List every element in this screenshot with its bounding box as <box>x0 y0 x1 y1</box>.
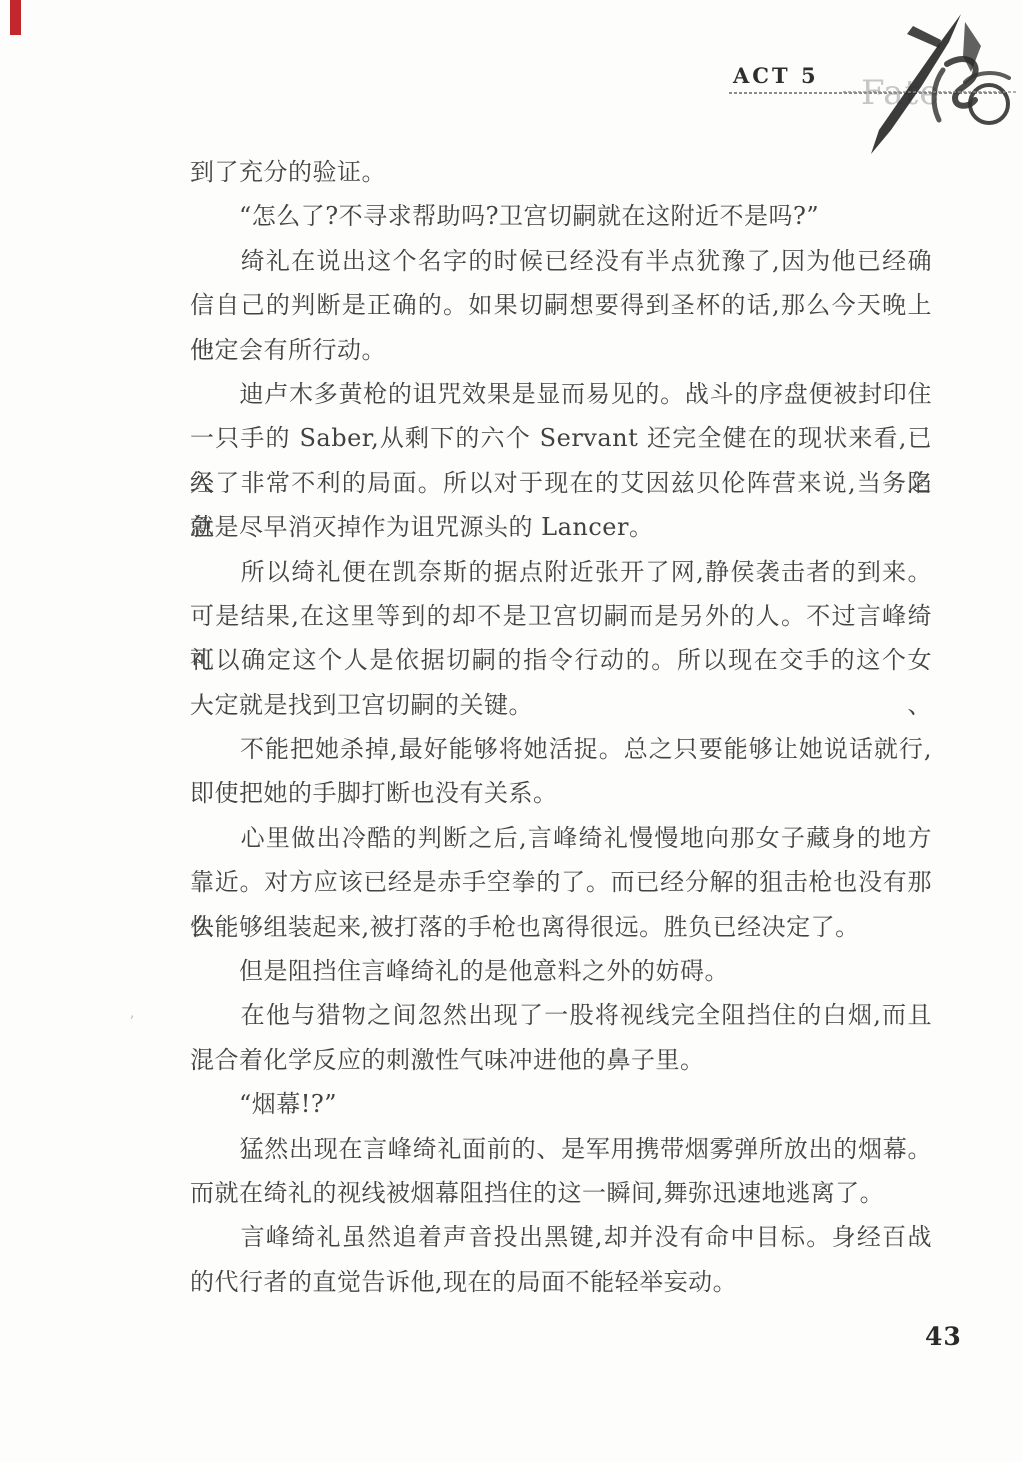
text-line: 迪卢木多黄枪的诅咒效果是显而易见的。战斗的序盘便被封印住 <box>190 372 932 416</box>
scanned-page: ACT 5 Fate 到了充分的验证。 “怎么了?不寻求帮助吗?卫宫切嗣就在这附… <box>0 0 1022 1462</box>
text-line: 绮礼在说出这个名字的时候已经没有半点犹豫了,因为他已经确 <box>190 239 932 283</box>
text-line: 一只手的 Saber,从剩下的六个 Servant 还完全健在的现状来看,已经陷 <box>190 416 932 460</box>
text-line: 就是尽早消灭掉作为诅咒源头的 Lancer。 <box>190 505 932 549</box>
text-line: 所以绮礼便在凯奈斯的据点附近张开了网,静侯袭击者的到来。 <box>190 550 932 594</box>
fate-zero-logo-icon: Fate <box>843 12 1018 167</box>
page-number: 43 <box>925 1322 962 1351</box>
text-line: 言峰绮礼虽然追着声音投出黑键,却并没有命中目标。身经百战 <box>190 1215 932 1259</box>
act-header-label: ACT 5 <box>733 63 819 88</box>
scan-speck: , <box>130 1005 134 1021</box>
text-line: 信自己的判断是正确的。如果切嗣想要得到圣杯的话,那么今天晚上他 <box>190 283 932 327</box>
text-line: 心里做出冷酷的判断之后,言峰绮礼慢慢地向那女子藏身的地方 <box>190 816 932 860</box>
text-line: 可以确定这个人是依据切嗣的指令行动的。所以现在交手的这个女人、 <box>190 638 932 682</box>
red-bookmark-mark <box>10 0 21 35</box>
text-line: 一定会有所行动。 <box>190 328 932 372</box>
text-line: 混合着化学反应的刺激性气味冲进他的鼻子里。 <box>190 1038 932 1082</box>
text-line: 靠近。对方应该已经是赤手空拳的了。而已经分解的狙击枪也没有那么 <box>190 860 932 904</box>
text-line: 不能把她杀掉,最好能够将她活捉。总之只要能够让她说话就行, <box>190 727 932 771</box>
text-line: 猛然出现在言峰绮礼面前的、是军用携带烟雾弹所放出的烟幕。 <box>190 1127 932 1171</box>
text-line: “烟幕!?” <box>190 1082 932 1126</box>
text-line: 但是阻挡住言峰绮礼的是他意料之外的妨碍。 <box>190 949 932 993</box>
text-line: 到了充分的验证。 <box>190 150 932 194</box>
text-line: 入了非常不利的局面。所以对于现在的艾因兹贝伦阵营来说,当务之急 <box>190 461 932 505</box>
text-line: 的代行者的直觉告诉他,现在的局面不能轻举妄动。 <box>190 1260 932 1304</box>
text-line: 而就在绮礼的视线被烟幕阻挡住的这一瞬间,舞弥迅速地逃离了。 <box>190 1171 932 1215</box>
body-text: 到了充分的验证。 “怎么了?不寻求帮助吗?卫宫切嗣就在这附近不是吗?” 绮礼在说… <box>190 150 932 1304</box>
text-line: 即使把她的手脚打断也没有关系。 <box>190 771 932 815</box>
text-line: “怎么了?不寻求帮助吗?卫宫切嗣就在这附近不是吗?” <box>190 194 932 238</box>
text-line: 可是结果,在这里等到的却不是卫宫切嗣而是另外的人。不过言峰绮礼 <box>190 594 932 638</box>
text-line: 快能够组装起来,被打落的手枪也离得很远。胜负已经决定了。 <box>190 905 932 949</box>
text-line: 在他与猎物之间忽然出现了一股将视线完全阻挡住的白烟,而且 <box>190 993 932 1037</box>
